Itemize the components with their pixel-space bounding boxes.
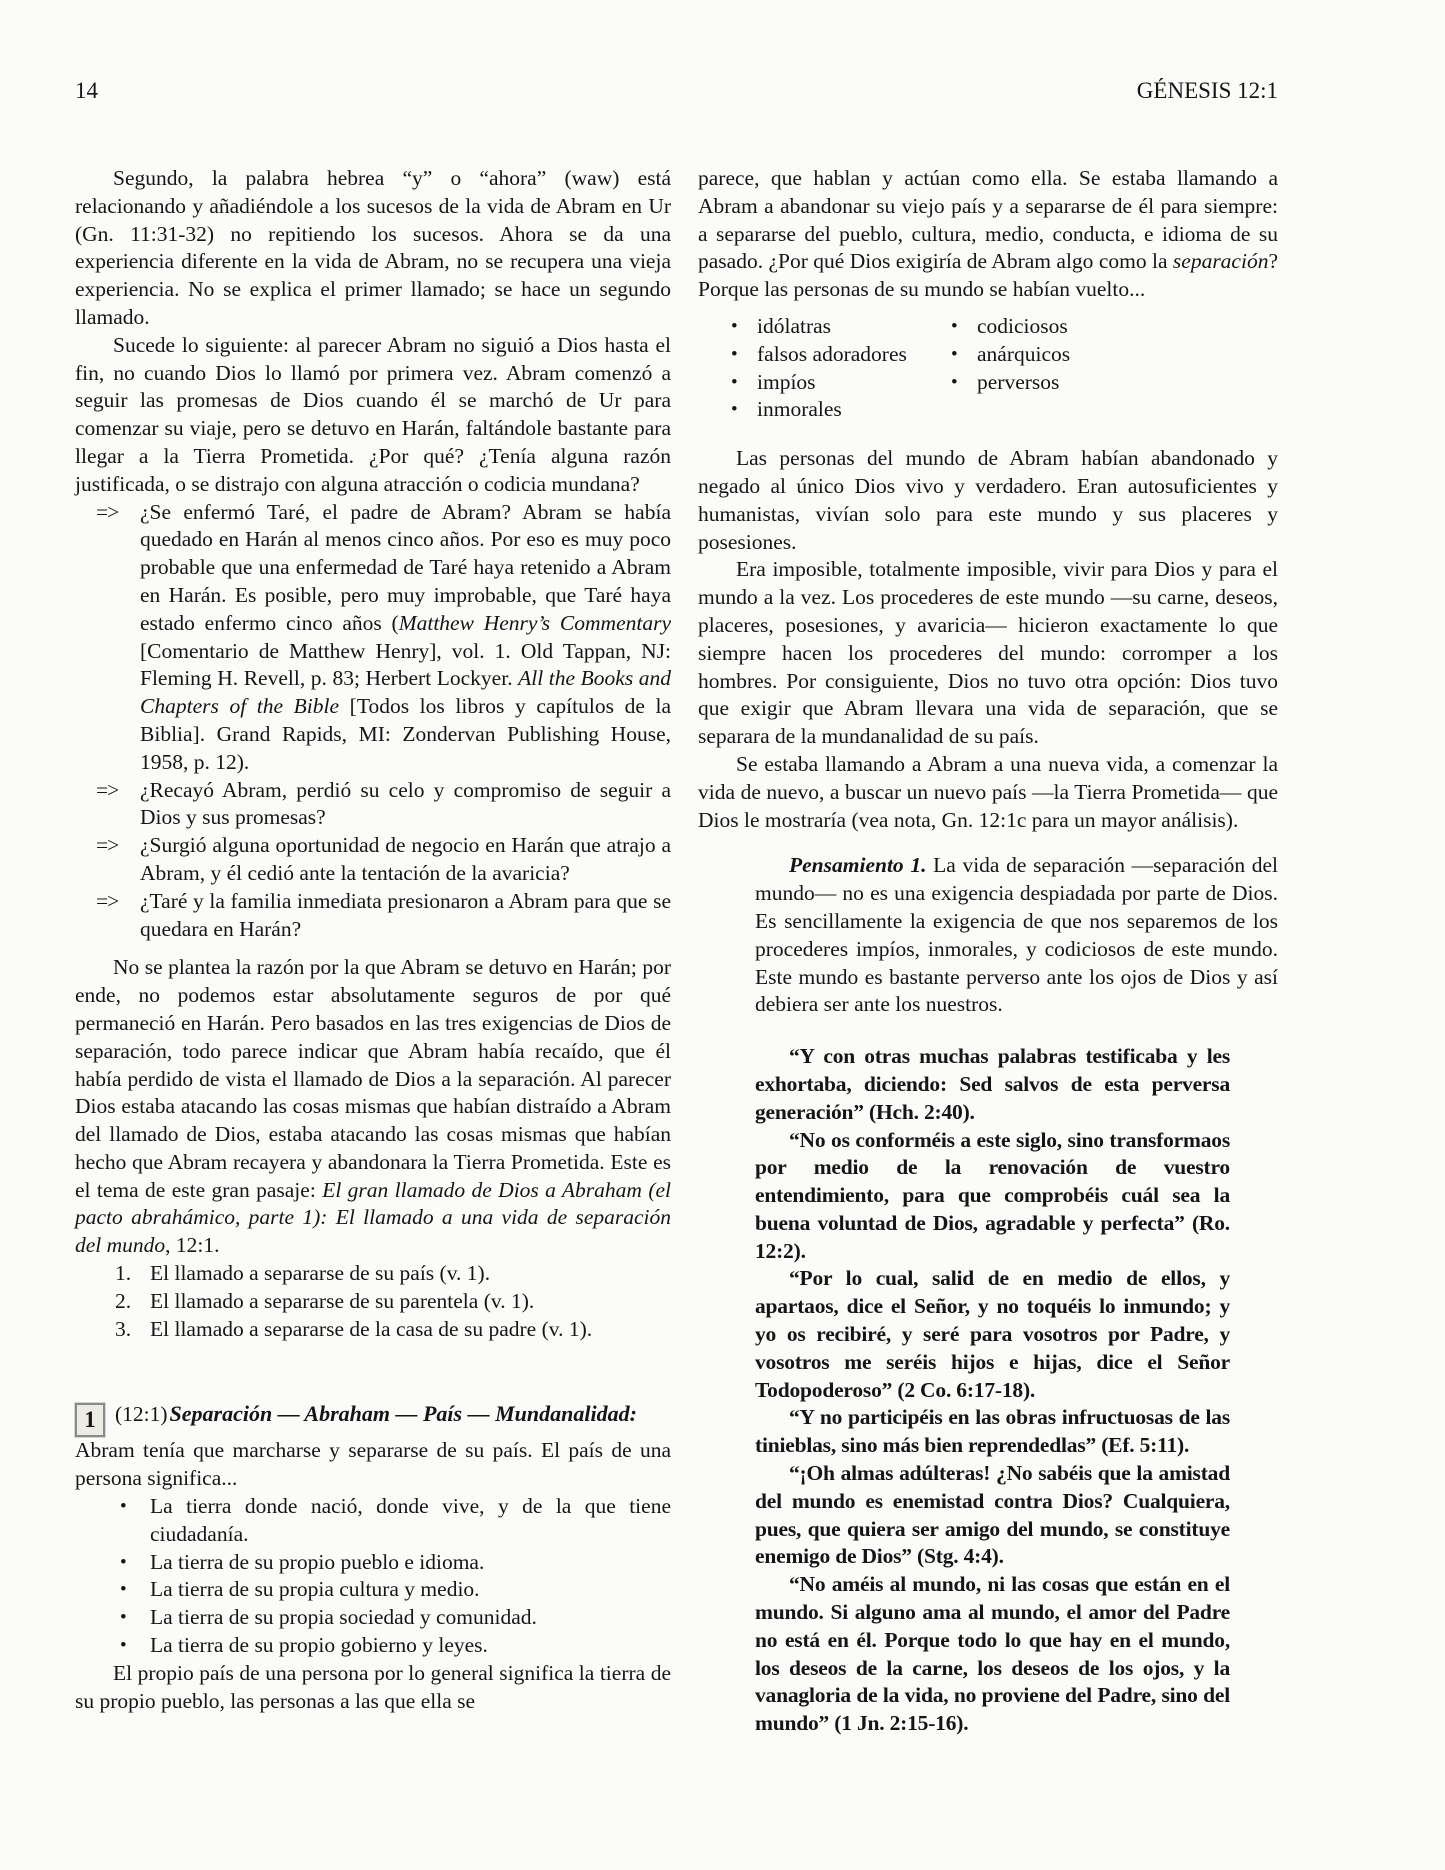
paragraph: No se plantea la razón por la que Abram … xyxy=(75,954,671,1260)
text-run: No se plantea la razón por la que Abram … xyxy=(75,955,671,1201)
paragraph: Sucede lo siguiente: al parecer Abram no… xyxy=(75,332,671,499)
arrow-marker: => xyxy=(96,888,140,944)
paragraph: Se estaba llamando a Abram a una nueva v… xyxy=(698,751,1278,834)
verse-reference: (12:1) xyxy=(115,1402,168,1426)
bullet-list-item: • anárquicos xyxy=(951,341,1278,369)
bullet-list-item: • impíos xyxy=(731,369,951,397)
section-heading: 1(12:1)Separación — Abraham — País — Mun… xyxy=(75,1400,671,1437)
bullet-list-item: • La tierra de su propio pueblo e idioma… xyxy=(75,1549,671,1577)
bullet-item-text: La tierra de su propio gobierno y leyes. xyxy=(150,1632,671,1660)
bullet-icon: • xyxy=(951,313,977,341)
page-number: 14 xyxy=(75,78,98,104)
bullet-item-text: anárquicos xyxy=(977,341,1070,369)
bullet-icon: • xyxy=(120,1493,150,1549)
bullet-item-text: La tierra de su propio pueblo e idioma. xyxy=(150,1549,671,1577)
bullet-icon: • xyxy=(120,1549,150,1577)
bullet-list-item: • codiciosos xyxy=(951,313,1278,341)
paragraph: Abram tenía que marcharse y separarse de… xyxy=(75,1437,671,1493)
running-head: GÉNESIS 12:1 xyxy=(1137,78,1278,104)
outline-list-item: 3. El llamado a separarse de la casa de … xyxy=(75,1316,671,1344)
scripture-quotes-block: “Y con otras muchas palabras testificaba… xyxy=(755,1043,1230,1738)
scripture-quote: “Y no participéis en las obras infructuo… xyxy=(755,1404,1230,1460)
bullet-item-text: inmorales xyxy=(757,396,842,424)
outline-item-text: El llamado a separarse de la casa de su … xyxy=(150,1316,671,1344)
right-column: parece, que hablan y actúan como ella. S… xyxy=(698,165,1278,1738)
bullet-icon: • xyxy=(951,369,977,397)
section-title: Separación — Abraham — País — Mundanalid… xyxy=(170,1401,637,1426)
thought-text: La vida de separación —separación del mu… xyxy=(755,853,1278,1016)
vices-column-1: • idólatras • falsos adoradores • impíos… xyxy=(731,313,951,424)
outline-list-item: 1. El llamado a separarse de su país (v.… xyxy=(75,1260,671,1288)
paragraph: Segundo, la palabra hebrea “y” o “ahora”… xyxy=(75,165,671,332)
outline-item-text: El llamado a separarse de su país (v. 1)… xyxy=(150,1260,671,1288)
bullet-list-item: • La tierra de su propia sociedad y comu… xyxy=(75,1604,671,1632)
arrow-marker: => xyxy=(96,777,140,833)
bullet-icon: • xyxy=(951,341,977,369)
left-column: Segundo, la palabra hebrea “y” o “ahora”… xyxy=(75,165,671,1738)
arrow-list-item: => ¿Taré y la familia inmediata presiona… xyxy=(75,888,671,944)
outline-item-number: 3. xyxy=(115,1316,150,1344)
bullet-list-item: • perversos xyxy=(951,369,1278,397)
two-column-layout: Segundo, la palabra hebrea “y” o “ahora”… xyxy=(75,165,1278,1738)
paragraph: Las personas del mundo de Abram habían a… xyxy=(698,445,1278,556)
bullet-list-item: • inmorales xyxy=(731,396,951,424)
bullet-item-text: La tierra de su propia sociedad y comuni… xyxy=(150,1604,671,1632)
page-header: 14 GÉNESIS 12:1 xyxy=(75,78,1278,104)
bullet-icon: • xyxy=(120,1604,150,1632)
paragraph: El propio país de una persona por lo gen… xyxy=(75,1660,671,1716)
bullet-icon: • xyxy=(731,341,757,369)
arrow-list-item: => ¿Surgió alguna oportunidad de negocio… xyxy=(75,832,671,888)
bullet-icon: • xyxy=(120,1632,150,1660)
thought-label: Pensamiento 1. xyxy=(789,853,926,877)
outline-list-item: 2. El llamado a separarse de su parentel… xyxy=(75,1288,671,1316)
arrow-item-text: ¿Taré y la familia inmediata presionaron… xyxy=(140,888,671,944)
bullet-icon: • xyxy=(120,1576,150,1604)
vices-two-column-list: • idólatras • falsos adoradores • impíos… xyxy=(698,313,1278,424)
arrow-item-text: ¿Se enfermó Taré, el padre de Abram? Abr… xyxy=(140,499,671,777)
vices-column-2: • codiciosos • anárquicos • perversos xyxy=(951,313,1278,424)
text-run: , 12:1. xyxy=(165,1233,219,1257)
bullet-item-text: idólatras xyxy=(757,313,831,341)
paragraph: Era imposible, totalmente imposible, viv… xyxy=(698,556,1278,751)
outline-item-number: 2. xyxy=(115,1288,150,1316)
bullet-list-item: • falsos adoradores xyxy=(731,341,951,369)
bullet-icon: • xyxy=(731,369,757,397)
arrow-item-text: ¿Surgió alguna oportunidad de negocio en… xyxy=(140,832,671,888)
outline-number-box: 1 xyxy=(75,1403,105,1437)
bullet-item-text: perversos xyxy=(977,369,1059,397)
arrow-marker: => xyxy=(96,499,140,777)
thought-block: Pensamiento 1. La vida de separación —se… xyxy=(755,852,1278,1019)
bullet-list-item: • La tierra de su propio gobierno y leye… xyxy=(75,1632,671,1660)
bullet-item-text: codiciosos xyxy=(977,313,1068,341)
scripture-quote: “No os conforméis a este siglo, sino tra… xyxy=(755,1127,1230,1266)
arrow-marker: => xyxy=(96,832,140,888)
paragraph: parece, que hablan y actúan como ella. S… xyxy=(698,165,1278,304)
scripture-quote: “No améis al mundo, ni las cosas que est… xyxy=(755,1571,1230,1738)
bullet-list-item: • idólatras xyxy=(731,313,951,341)
bullet-icon: • xyxy=(731,313,757,341)
scripture-quote: “Y con otras muchas palabras testificaba… xyxy=(755,1043,1230,1126)
scripture-quote: “Por lo cual, salid de en medio de ellos… xyxy=(755,1265,1230,1404)
bullet-list-item: • La tierra de su propia cultura y medio… xyxy=(75,1576,671,1604)
arrow-list-item: => ¿Recayó Abram, perdió su celo y compr… xyxy=(75,777,671,833)
bullet-item-text: falsos adoradores xyxy=(757,341,907,369)
arrow-list-item: => ¿Se enfermó Taré, el padre de Abram? … xyxy=(75,499,671,777)
italic-book-title: Matthew Henry’s Commentary xyxy=(399,611,671,635)
bullet-item-text: La tierra de su propia cultura y medio. xyxy=(150,1576,671,1604)
bullet-icon: • xyxy=(731,396,757,424)
bullet-item-text: impíos xyxy=(757,369,816,397)
outline-item-number: 1. xyxy=(115,1260,150,1288)
arrow-item-text: ¿Recayó Abram, perdió su celo y compromi… xyxy=(140,777,671,833)
book-page: 14 GÉNESIS 12:1 Segundo, la palabra hebr… xyxy=(0,0,1445,1870)
outline-item-text: El llamado a separarse de su parentela (… xyxy=(150,1288,671,1316)
scripture-quote: “¡Oh almas adúlteras! ¿No sabéis que la … xyxy=(755,1460,1230,1571)
italic-emphasis: separación xyxy=(1173,249,1269,273)
bullet-item-text: La tierra donde nació, donde vive, y de … xyxy=(150,1493,671,1549)
bullet-list-item: • La tierra donde nació, donde vive, y d… xyxy=(75,1493,671,1549)
